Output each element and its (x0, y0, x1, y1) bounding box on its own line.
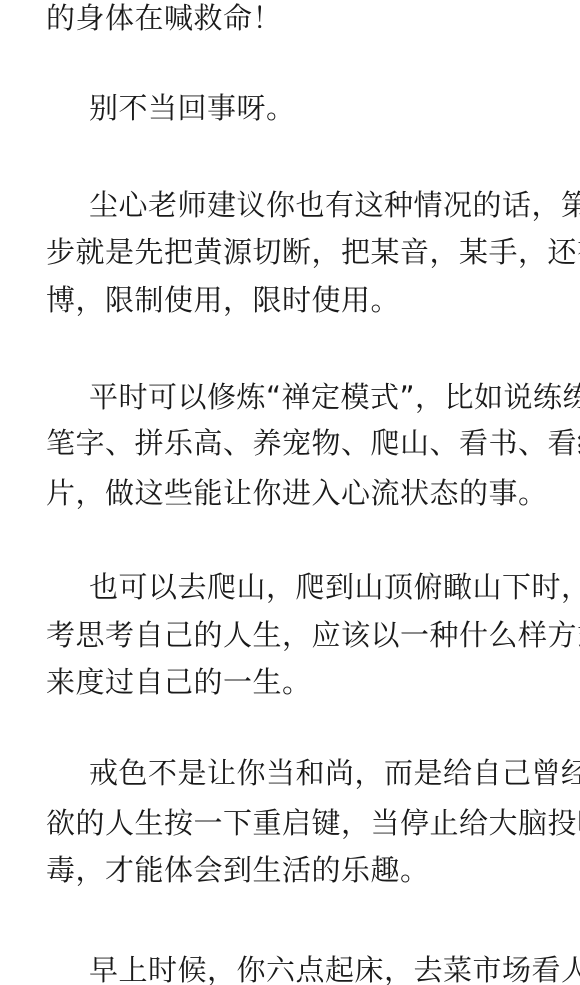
paragraph-4-line-2: 笔字、拼乐高、养宠物、爬山、看书、看纪录 (46, 425, 580, 461)
paragraph-6-line-3: 毒，才能体会到生活的乐趣。 (46, 852, 430, 888)
paragraph-3-line-1: 尘心老师建议你也有这种情况的话，第一 (89, 187, 580, 223)
paragraph-2-line-1: 别不当回事呀。 (89, 90, 296, 126)
paragraph-4-line-1: 平时可以修炼“禅定模式”，比如说练练毛 (89, 379, 580, 415)
paragraph-6-line-2: 欲的人生按一下重启键，当停止给大脑投喂黄 (46, 805, 580, 841)
paragraph-5-line-1: 也可以去爬山，爬到山顶俯瞰山下时，思 (89, 569, 580, 605)
paragraph-1-line-1: 的身体在喊救命！ (46, 0, 282, 36)
paragraph-5-line-2: 考思考自己的人生，应该以一种什么样方式， (46, 617, 580, 653)
paragraph-4-line-3: 片，做这些能让你进入心流状态的事。 (46, 475, 548, 511)
paragraph-3-line-2: 步就是先把黄源切断，把某音，某手，还有某 (46, 234, 580, 270)
paragraph-5-line-3: 来度过自己的一生。 (46, 664, 312, 700)
paragraph-6-line-1: 戒色不是让你当和尚，而是给自己曾经纵 (89, 755, 580, 791)
paragraph-3-line-3: 博，限制使用，限时使用。 (46, 282, 400, 318)
paragraph-7-line-1: 早上时候，你六点起床，去菜市场看人间 (89, 952, 580, 985)
